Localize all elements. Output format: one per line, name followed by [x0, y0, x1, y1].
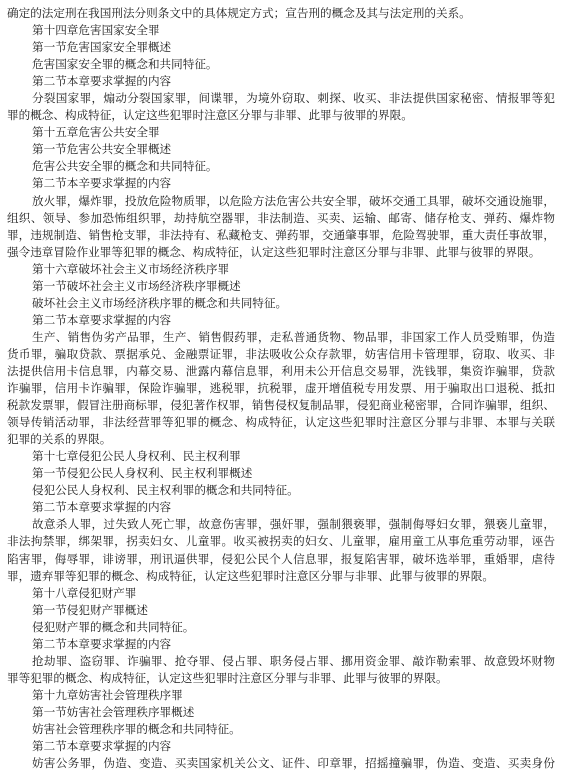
text-line: 侵犯财产罪的概念和共同特征。 [7, 619, 555, 636]
text-line: 第二节本章要求掌握的内容 [7, 499, 555, 516]
text-line: 第十四章危害国家安全罪 [7, 22, 555, 39]
text-line: 陷害罪，侮辱罪，诽谤罪，刑讯逼供罪，侵犯公民个人信息罪，报复陷害罪，破坏选举罪，… [7, 551, 555, 568]
text-line: 妨害社会管理秩序罪的概念和共同特征。 [7, 721, 555, 738]
text-line: 罪等犯罪的概念、构成特征，认定这些犯罪时注意区分罪与非罪、此罪与彼罪的界限。 [7, 670, 555, 687]
text-line: 第十八章侵犯财产罪 [7, 585, 555, 602]
text-line: 确定的法定刑在我国刑法分则条文中的具体规定方式；宣告刑的概念及其与法定刑的关系。 [7, 5, 555, 22]
text-line: 危害国家安全罪的概念和共同特征。 [7, 56, 555, 73]
text-line: 分裂国家罪，煽动分裂国家罪，间谍罪，为境外窃取、刺探、收买、非法提供国家秘密、情… [7, 90, 555, 107]
text-line: 诈骗罪，信用卡诈骗罪，保险诈骗罪，逃税罪，抗税罪，虚开增值税专用发票、用于骗取出… [7, 380, 555, 397]
text-line: 犯罪的关系的界限。 [7, 431, 555, 448]
text-line: 第一节妨害社会管理秩序罪概述 [7, 704, 555, 721]
text-line: 第二节本章要求掌握的内容 [7, 636, 555, 653]
document-page: 确定的法定刑在我国刑法分则条文中的具体规定方式；宣告刑的概念及其与法定刑的关系。… [0, 0, 565, 772]
text-line: 第一节破坏社会主义市场经济秩序罪概述 [7, 278, 555, 295]
text-line: 抢劫罪、盗窃罪、诈骗罪、抢夺罪、侵占罪、职务侵占罪、挪用资金罪、敲诈勒索罪、故意… [7, 653, 555, 670]
text-line: 罪，违规制造、销售枪支罪，非法持有、私藏枪支、弹药罪，交通肇事罪，危险驾驶罪，重… [7, 227, 555, 244]
text-line: 罪，遗弃罪等犯罪的概念、构成特征，认定这些犯罪时注意区分罪与非罪、此罪与彼罪的界… [7, 568, 555, 585]
text-line: 故意杀人罪，过失致人死亡罪，故意伤害罪，强奸罪，强制猥亵罪，强制侮辱妇女罪，猥亵… [7, 516, 555, 533]
text-line: 强令违章冒险作业罪等犯罪的概念、构成特征，认定这些犯罪时注意区分罪与非罪、此罪与… [7, 244, 555, 261]
text-line: 第二节本章要求掌握的内容 [7, 312, 555, 329]
text-line: 税款发票罪，假冒注册商标罪，侵犯著作权罪，销售侵权复制品罪，侵犯商业秘密罪，合同… [7, 397, 555, 414]
text-line: 危害公共安全罪的概念和共同特征。 [7, 158, 555, 175]
text-line: 第一节危害公共安全罪概述 [7, 141, 555, 158]
text-line: 第十六章破坏社会主义市场经济秩序罪 [7, 261, 555, 278]
text-line: 侵犯公民人身权利、民主权利罪的概念和共同特征。 [7, 482, 555, 499]
text-line: 非法拘禁罪，绑架罪，拐卖妇女、儿童罪。收买被拐卖的妇女、儿童罪，雇用童工从事危重… [7, 533, 555, 550]
text-line: 罪的概念、构成特征，认定这些犯罪时注意区分罪与非罪、此罪与彼罪的界限。 [7, 107, 555, 124]
text-line: 货币罪，骗取贷款、票据承兑、金融票证罪，非法吸收公众存款罪，妨害信用卡管理罪，窃… [7, 346, 555, 363]
document-body: 确定的法定刑在我国刑法分则条文中的具体规定方式；宣告刑的概念及其与法定刑的关系。… [7, 5, 555, 772]
text-line: 生产、销售伪劣产品罪，生产、销售假药罪，走私普通货物、物品罪，非国家工作人员受贿… [7, 329, 555, 346]
text-line: 第十七章侵犯公民人身权利、民主权利罪 [7, 448, 555, 465]
text-line: 领导传销活动罪，非法经营罪等犯罪的概念、构成特征，认定这些犯罪时注意区分罪与非罪… [7, 414, 555, 431]
text-line: 组织、领导、参加恐怖组织罪，劫持航空器罪，非法制造、买卖、运输、邮寄、储存枪支、… [7, 210, 555, 227]
text-line: 法提供信用卡信息罪，内幕交易、泄露内幕信息罪，利用未公开信息交易罪，洗钱罪，集资… [7, 363, 555, 380]
text-line: 妨害公务罪，伪造、变造、买卖国家机关公文、证件、印章罪，招摇撞骗罪，伪造、变造、… [7, 755, 555, 772]
text-line: 第一节侵犯公民人身权利、民主权利罪概述 [7, 465, 555, 482]
text-line: 第一节危害国家安全罪概述 [7, 39, 555, 56]
text-line: 第一节侵犯财产罪概述 [7, 602, 555, 619]
text-line: 第二节本章要求掌握的内容 [7, 738, 555, 755]
text-line: 第二节本辛要求掌握的内容 [7, 175, 555, 192]
text-line: 放火罪，爆炸罪，投放危险物质罪，以危险方法危害公共安全罪，破坏交通工具罪，破坏交… [7, 193, 555, 210]
text-line: 第十五章危害公共安全罪 [7, 124, 555, 141]
text-line: 破坏社会主义市场经济秩序罪的概念和共同特征。 [7, 295, 555, 312]
text-line: 第二节本章要求掌握的内容 [7, 73, 555, 90]
text-line: 第十九章妨害社会管理秩序罪 [7, 687, 555, 704]
